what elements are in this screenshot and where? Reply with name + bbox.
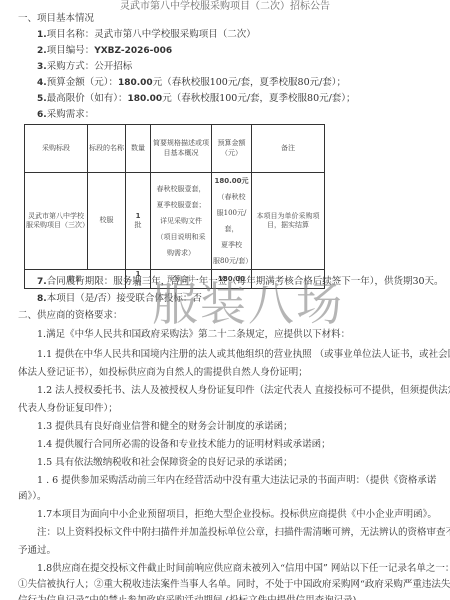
table-header-row: 采购标段 标段的名称 数量 简要规格描述或项目基本概况 预算金额（元） 备注: [25, 125, 325, 173]
section2-heading: 二、供应商的资格要求：: [18, 309, 123, 323]
item-procurement-method: 3.采购方式：公开招标: [37, 60, 132, 74]
section1-heading: 一、项目基本情况: [18, 12, 94, 26]
note: 注：以上资料投标文件中附扫描件并加盖投标单位公章，扫描件需清晰可辨，无法辨认的资…: [37, 526, 450, 540]
req-1-8-cont1: ①失信被执行人；②重大税收违法案件当事人名单。同时，不处于中国政府采购网“政府采…: [18, 578, 450, 592]
header-note: 备注: [252, 125, 325, 173]
table-row: 灵武市第八中学校服采购项目（三次） 校服 1批 春秋校服壹套， 夏季校服壹套； …: [25, 173, 325, 270]
req-1-8: 1.8供应商在提交投标文件截止时间前响应供应商未被列入“信用中国” 网站以下任一…: [37, 562, 450, 576]
cell-name: 校服: [88, 173, 126, 270]
req-1-6-cont: 函》）。: [18, 490, 47, 504]
cell-lot: 灵武市第八中学校服采购项目（三次）: [25, 173, 88, 270]
req-1-3: 1.3 提供具有良好商业信誉和健全的财务会计制度的承诺函；: [37, 420, 293, 434]
item-project-code: 2.项目编号：YXBZ-2026-006: [37, 44, 172, 58]
req-1-4: 1.4 提供履行合同所必需的设备和专业技术能力的证明材料或承诺函；: [37, 438, 331, 452]
req-1-1: 1.1 提供在中华人民共和国境内注册的法人或其他组织的营业执照 （或事业单位法人…: [37, 348, 450, 362]
header-lot: 采购标段: [25, 125, 88, 173]
document-title: 灵武市第八中学校服采购项目（二次）招标公告: [0, 0, 450, 12]
requirements-table: 采购标段 标段的名称 数量 简要规格描述或项目基本概况 预算金额（元） 备注 灵…: [24, 124, 325, 289]
header-qty: 数量: [126, 125, 151, 173]
req-1-7: 1.7本项目为面向中小企业预留项目，拒绝大型企业投标。投标供应商提供《中小企业声…: [37, 508, 437, 522]
cell-note: 本项目为单价采购项目，据实结算: [252, 173, 325, 270]
item-requirements: 6.采购需求：: [37, 108, 94, 122]
document-page: 灵武市第八中学校服采购项目（二次）招标公告 一、项目基本情况 1.项目名称：灵武…: [0, 0, 450, 600]
cell-budget: 180.00元 （春秋校 服100元/套， 夏季校 服80元/套）: [212, 173, 252, 270]
note-cont: 予通过。: [18, 544, 56, 558]
cell-desc: 春秋校服壹套， 夏季校服壹套； 详见采购文件 （项目说明和采 购需求）: [151, 173, 212, 270]
req-1-8-cont2: 信行为信息记录”中的禁止参加政府采购活动期间 (投标文件中提供信用查询记录)。: [18, 594, 366, 600]
header-budget: 预算金额（元）: [212, 125, 252, 173]
header-name: 标段的名称: [88, 125, 126, 173]
item-project-name: 1.项目名称：灵武市第八中学校服采购项目（二次）: [37, 28, 256, 42]
req-1-2-cont: 代表人身份证复印件）；: [18, 402, 118, 416]
req-1-2: 1.2 法人授权委托书、法人及被授权人身份证复印件（法定代表人 直接投标可不提供…: [37, 384, 450, 398]
item-max-price: 5.最高限价（如有）：180.00元（春秋校服100元/套，夏季校服80元/套）…: [37, 92, 356, 106]
cell-qty: 1批: [126, 173, 151, 270]
header-desc: 简要规格描述或项目基本概况: [151, 125, 212, 173]
req-1-1-cont: 体法人登记证书），如投标供应商为自然人的需提供自然人身份证明；: [18, 366, 308, 380]
watermark: 服装八场: [152, 268, 344, 334]
req-1-6: 1 . 6 提供参加采购活动前三年内在经营活动中没有重大违法记录的书面声明：（提…: [37, 474, 436, 488]
item-budget: 4.预算金额（元）：180.00元（春秋校服100元/套，夏季校服80元/套）；: [37, 76, 346, 90]
req-1-5: 1.5 具有依法缴纳税收和社会保障资金的良好记录的承诺函；: [37, 456, 293, 470]
